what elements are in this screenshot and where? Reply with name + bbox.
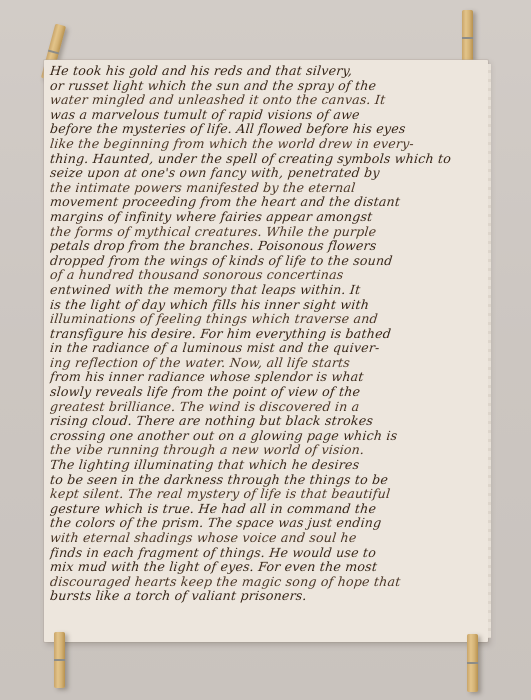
text-line: with eternal shadings whose voice and so… (49, 531, 485, 546)
text-line: dropped from the wings of kinds of life … (49, 254, 485, 269)
text-line: bursts like a torch of valiant prisoners… (49, 589, 485, 604)
text-line: water mingled and unleashed it onto the … (49, 93, 485, 108)
text-line: gesture which is true. He had all in com… (49, 502, 485, 517)
clothespin-icon (462, 10, 473, 66)
text-line: the intimate powers manifested by the et… (49, 181, 485, 196)
text-line: crossing one another out on a glowing pa… (49, 429, 485, 444)
text-line: greatest brilliance. The wind is discove… (49, 400, 485, 415)
text-line: in the radiance of a luminous mist and t… (49, 341, 485, 356)
text-line: petals drop from the branches. Poisonous… (49, 239, 485, 254)
text-line: thing. Haunted, under the spell of creat… (49, 152, 485, 167)
text-line: illuminations of feeling things which tr… (49, 312, 485, 327)
text-line: discouraged hearts keep the magic song o… (49, 575, 485, 590)
text-line: is the light of day which fills his inne… (49, 298, 485, 313)
text-line: before the mysteries of life. All flowed… (49, 122, 485, 137)
text-line: or russet light which the sun and the sp… (49, 79, 485, 94)
text-line: rising cloud. There are nothing but blac… (49, 414, 485, 429)
text-line: slowly reveals life from the point of vi… (49, 385, 485, 400)
text-line: mix mud with the light of eyes. For even… (49, 560, 485, 575)
text-line: the colors of the prism. The space was j… (49, 516, 485, 531)
text-line: entwined with the memory that leaps with… (49, 283, 485, 298)
handwritten-page: He took his gold and his reds and that s… (44, 60, 488, 642)
text-line: kept silent. The real mystery of life is… (49, 487, 485, 502)
clothespin-icon (467, 634, 478, 692)
text-line: The lighting illuminating that which he … (49, 458, 485, 473)
text-line: margins of infinity where fairies appear… (49, 210, 485, 225)
text-line: seize upon at one's own fancy with, pene… (49, 166, 485, 181)
text-line: ing reflection of the water. Now, all li… (49, 356, 485, 371)
text-line: was a marvelous tumult of rapid visions … (49, 108, 485, 123)
handwritten-text: He took his gold and his reds and that s… (50, 64, 484, 604)
text-line: finds in each fragment of things. He wou… (49, 546, 485, 561)
text-line: like the beginning from which the world … (49, 137, 485, 152)
text-line: of a hundred thousand sonorous concertin… (49, 268, 485, 283)
text-line: He took his gold and his reds and that s… (49, 64, 485, 79)
text-line: the forms of mythical creatures. While t… (49, 225, 485, 240)
text-line: movement proceeding from the heart and t… (49, 195, 485, 210)
clothespin-icon (54, 632, 65, 688)
text-line: to be seen in the darkness through the t… (49, 473, 485, 488)
text-line: the vibe running through a new world of … (49, 443, 485, 458)
text-line: transfigure his desire. For him everythi… (49, 327, 485, 342)
text-line: from his inner radiance whose splendor i… (49, 370, 485, 385)
